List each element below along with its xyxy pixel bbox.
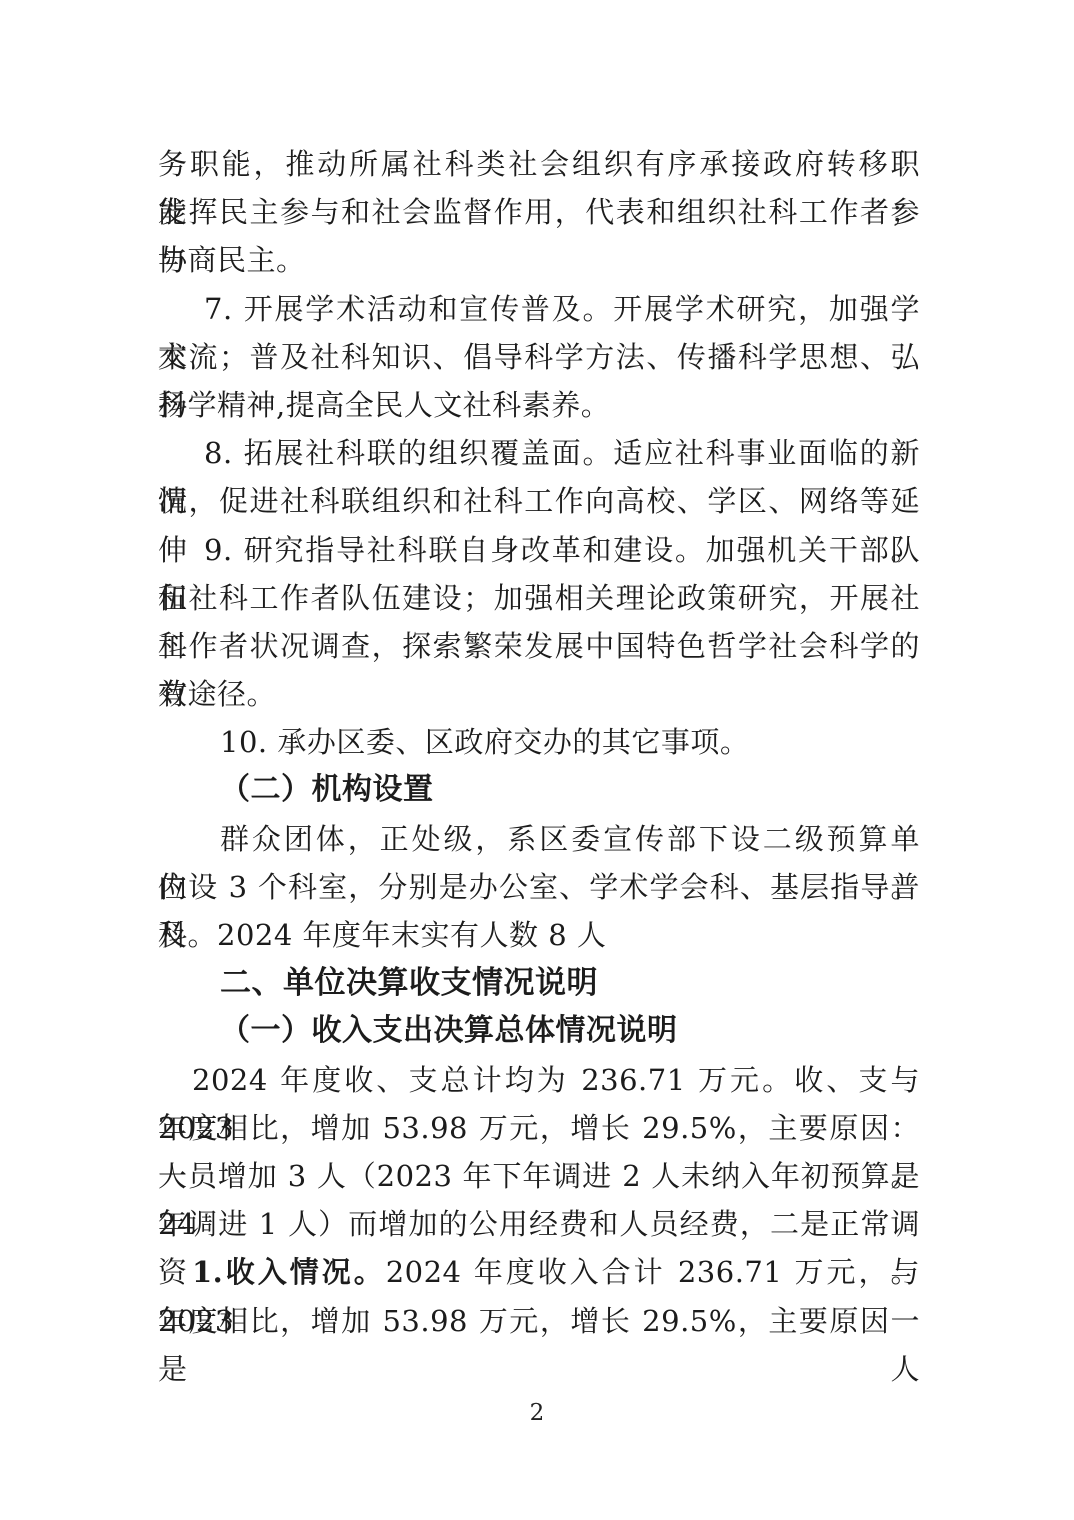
body-line: 人员增加 3 人（2023 年下年调进 2 人未纳入年初预算。24 — [158, 1152, 920, 1200]
body-line: 效途径。 — [158, 670, 920, 718]
body-line: 和社科工作者队伍建设；加强相关理论政策研究，开展社科 — [158, 574, 920, 622]
income-paragraph-lead: 1.收入情况。 — [192, 1255, 386, 1289]
chapter-heading-budget-explanation: 二、单位决算收支情况说明 — [158, 959, 920, 1007]
list-item-8-line: 8. 拓展社科联的组织覆盖面。适应社科事业面临的新情 — [158, 429, 920, 477]
body-line: 年度相比，增加 53.98 万元，增长 29.5%，主要原因一是人 — [158, 1297, 920, 1345]
body-line: 交流；普及社科知识、倡导科学方法、传播科学思想、弘扬 — [158, 333, 920, 381]
body-line: 年度相比，增加 53.98 万元，增长 29.5%，主要原因：一是 — [158, 1104, 920, 1152]
list-item-10-line: 10. 承办区委、区政府交办的其它事项。 — [158, 718, 920, 766]
income-paragraph-line: 1.收入情况。2024 年度收入合计 236.71 万元，与 2023 — [158, 1248, 920, 1296]
body-line: 科学精神,提高全民人文社科素养。 — [158, 381, 920, 429]
document-body: 务职能，推动所属社科类社会组织有序承接政府转移职能； 发挥民主参与和社会监督作用… — [158, 140, 920, 1345]
body-line: 工作者状况调查，探索繁荣发展中国特色哲学社会科学的有 — [158, 622, 920, 670]
list-item-9-line: 9. 研究指导社科联自身改革和建设。加强机关干部队伍 — [158, 526, 920, 574]
page-number: 2 — [0, 1400, 1074, 1426]
body-line: 内设 3 个科室，分别是办公室、学术学会科、基层指导普及 — [158, 863, 920, 911]
body-line: 年调进 1 人）而增加的公用经费和人员经费，二是正常调资。 — [158, 1200, 920, 1248]
body-line: 发挥民主参与和社会监督作用，代表和组织社科工作者参与 — [158, 188, 920, 236]
section-heading-overall-situation: （一）收入支出决算总体情况说明 — [158, 1007, 920, 1055]
document-page: 务职能，推动所属社科类社会组织有序承接政府转移职能； 发挥民主参与和社会监督作用… — [0, 0, 1074, 1520]
body-line: 务职能，推动所属社科类社会组织有序承接政府转移职能； — [158, 140, 920, 188]
body-line: 群众团体，正处级，系区委宣传部下设二级预算单位。 — [158, 815, 920, 863]
body-line: 2024 年度收、支总计均为 236.71 万元。收、支与 2023 — [158, 1056, 920, 1104]
body-line: 科。2024 年度年末实有人数 8 人 — [158, 911, 920, 959]
section-heading-organization: （二）机构设置 — [158, 766, 920, 814]
list-item-7-line: 7. 开展学术活动和宣传普及。开展学术研究，加强学术 — [158, 285, 920, 333]
body-line: 协商民主。 — [158, 236, 920, 284]
body-line: 况，促进社科联组织和社科工作向高校、学区、网络等延伸。 — [158, 477, 920, 525]
